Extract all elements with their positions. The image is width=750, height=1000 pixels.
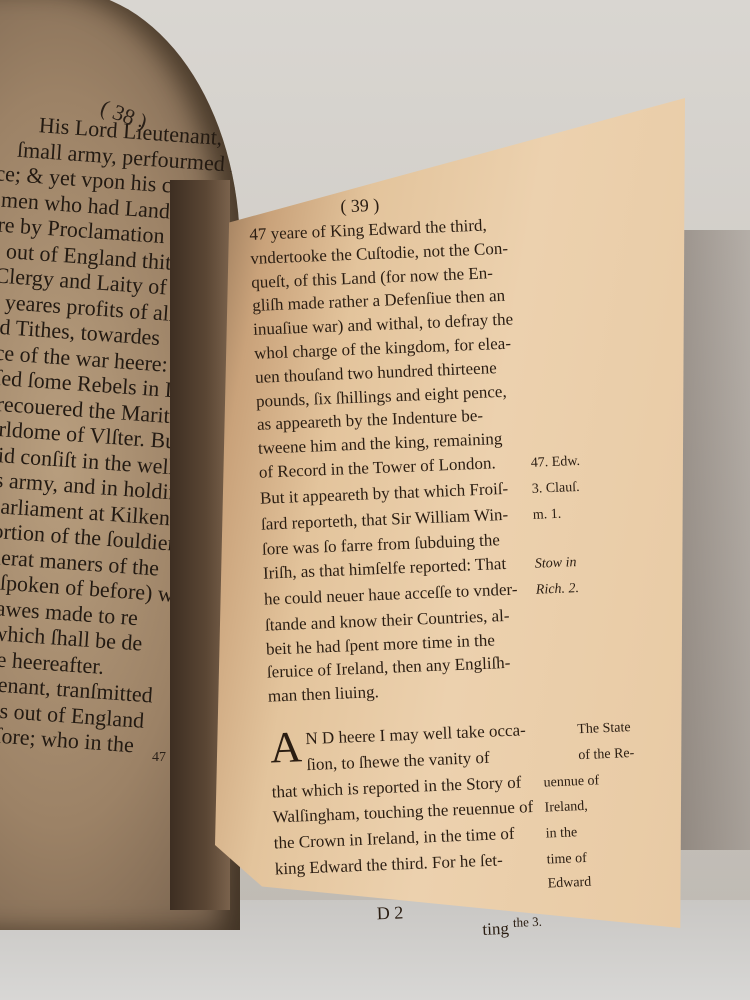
margin-note: m. 1. — [532, 500, 623, 527]
paragraph-1: 47 yeare of King Edward the third,vndert… — [249, 206, 688, 708]
margin-note — [529, 416, 619, 420]
margin-note — [528, 392, 618, 396]
margin-note — [538, 640, 628, 644]
margin-note — [524, 297, 614, 301]
margin-note: of the Re- — [578, 740, 669, 767]
margin-note — [530, 439, 620, 443]
right-page-content: ( 39 ) 47 yeare of King Edward the third… — [248, 183, 698, 947]
margin-note — [534, 541, 624, 545]
margin-note: time of — [546, 845, 637, 872]
margin-note: Stow in — [534, 549, 625, 576]
margin-note — [521, 225, 611, 229]
margin-note — [523, 273, 613, 277]
margin-note: The State — [577, 715, 668, 742]
margin-note — [525, 321, 615, 325]
margin-note — [537, 616, 627, 620]
margin-note — [526, 344, 616, 348]
drop-cap: A — [269, 727, 302, 768]
margin-note — [527, 368, 617, 372]
margin-note-end: the 3. — [513, 913, 542, 929]
margin-note — [539, 663, 629, 667]
margin-note: Rich. 2. — [535, 575, 626, 602]
margin-note: Edward — [547, 869, 638, 896]
margin-note — [522, 249, 612, 253]
catchword-text: ting — [482, 918, 509, 938]
margin-note: in the — [545, 819, 636, 846]
margin-note: 3. Clauſ. — [531, 474, 622, 501]
margin-note: 47. Edw. — [530, 448, 621, 475]
margin-note: Ireland, — [544, 793, 635, 820]
margin-note: uennue of — [543, 768, 634, 795]
margin-note — [540, 687, 630, 691]
left-footer-number: 47 — [152, 750, 166, 766]
paragraph-2: A N D heere I may well take occa-The Sta… — [269, 712, 696, 907]
